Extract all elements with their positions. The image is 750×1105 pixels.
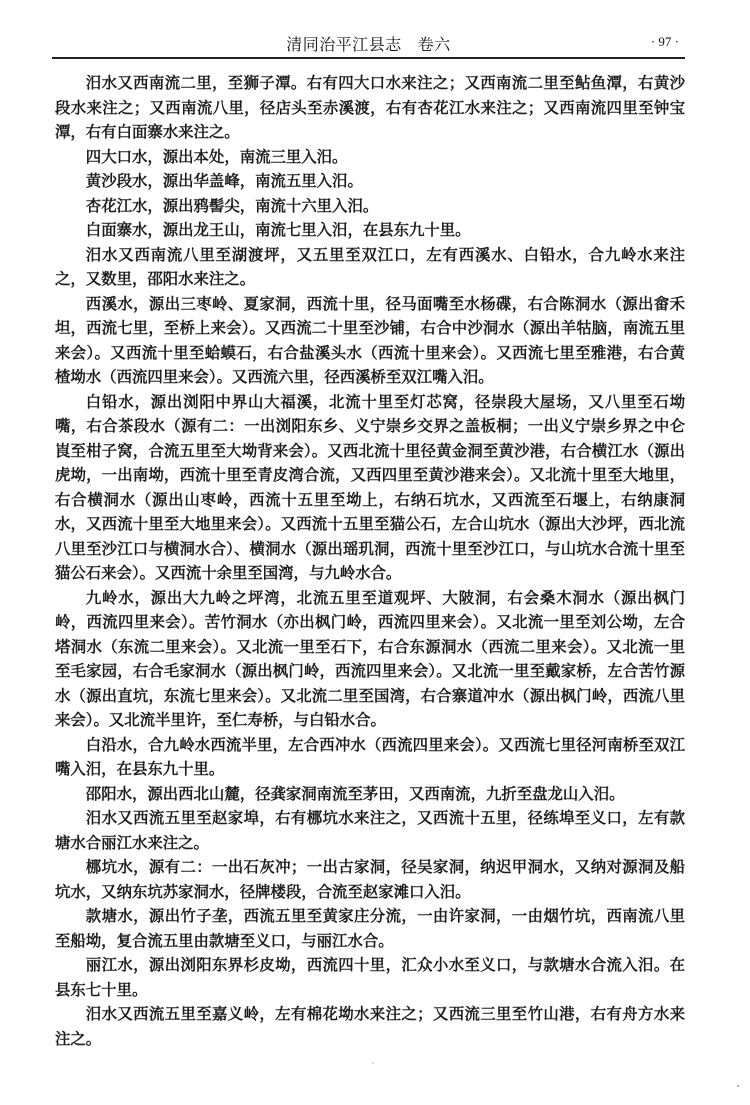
running-title: 清同治平江县志卷六 <box>52 32 685 55</box>
paragraph: 四大口水，源出本处，南流三里入汨。 <box>55 145 685 170</box>
scan-speck <box>737 1085 739 1087</box>
paragraph: 汨水又西流五里至赵家埠，右有梛坑水来注之，又西流十五里，径练埠至义口，左有款塘水… <box>55 806 685 855</box>
page-number: · 97 · <box>651 34 679 50</box>
paragraph: 西溪水，源出三枣岭、夏家洞，西流十里，径马面嘴至水杨碟，右合陈洞水（源出畲禾坦，… <box>55 292 685 390</box>
book-title: 清同治平江县志 <box>286 35 402 54</box>
paragraph: 杏花江水，源出鸦髻尖，南流十六里入汨。 <box>55 194 685 219</box>
paragraph: 梛坑水，源有二：一出石灰冲；一出古家洞，径吴家洞，纳迟甲洞水，又纳对源洞及船坑水… <box>55 855 685 904</box>
page-header: 清同治平江县志卷六 · 97 · <box>52 30 685 56</box>
paragraph: 汨水又西流五里至嘉义岭，左有棉花坳水来注之；又西流三里至竹山港，右有舟方水来注之… <box>55 1002 685 1051</box>
paragraph: 九岭水，源出大九岭之坪湾，北流五里至道观坪、大陂洞，右会桑木洞水（源出枫门岭，西… <box>55 586 685 733</box>
header-rule <box>52 57 685 59</box>
scan-speck <box>372 1062 374 1064</box>
paragraph: 邵阳水，源出西北山麓，径龚家洞南流至茅田，又西南流，九折至盘龙山入汨。 <box>55 782 685 807</box>
paragraph: 丽江水，源出浏阳东界杉皮坳，西流四十里，汇众小水至义口，与款塘水合流入汨。在县东… <box>55 953 685 1002</box>
body-text: 汨水又西南流二里，至狮子潭。右有四大口水来注之；又西南流二里至鲇鱼潭，右黄沙段水… <box>55 71 685 1051</box>
paragraph: 白面寨水，源出龙王山，南流七里入汨，在县东九十里。 <box>55 218 685 243</box>
paragraph: 白铅水，源出浏阳中界山大福溪，北流十里至灯芯窝，径崇段大屋场，又八里至石坳嘴，右… <box>55 390 685 586</box>
volume-label: 卷六 <box>418 35 451 54</box>
paragraph: 白沿水，合九岭水西流半里，左合西冲水（西流四里来会）。又西流七里径河南桥至双江嘴… <box>55 733 685 782</box>
paragraph: 黄沙段水，源出华盖峰，南流五里入汨。 <box>55 169 685 194</box>
paragraph: 汨水又西南流二里，至狮子潭。右有四大口水来注之；又西南流二里至鲇鱼潭，右黄沙段水… <box>55 71 685 145</box>
paragraph: 汨水又西南流八里至湖渡坪，又五里至双江口，左有西溪水、白铅水，合九岭水来注之，又… <box>55 243 685 292</box>
paragraph: 款塘水，源出竹子垄，西流五里至黄家庄分流，一由许家洞，一由烟竹坑，西南流八里至船… <box>55 904 685 953</box>
